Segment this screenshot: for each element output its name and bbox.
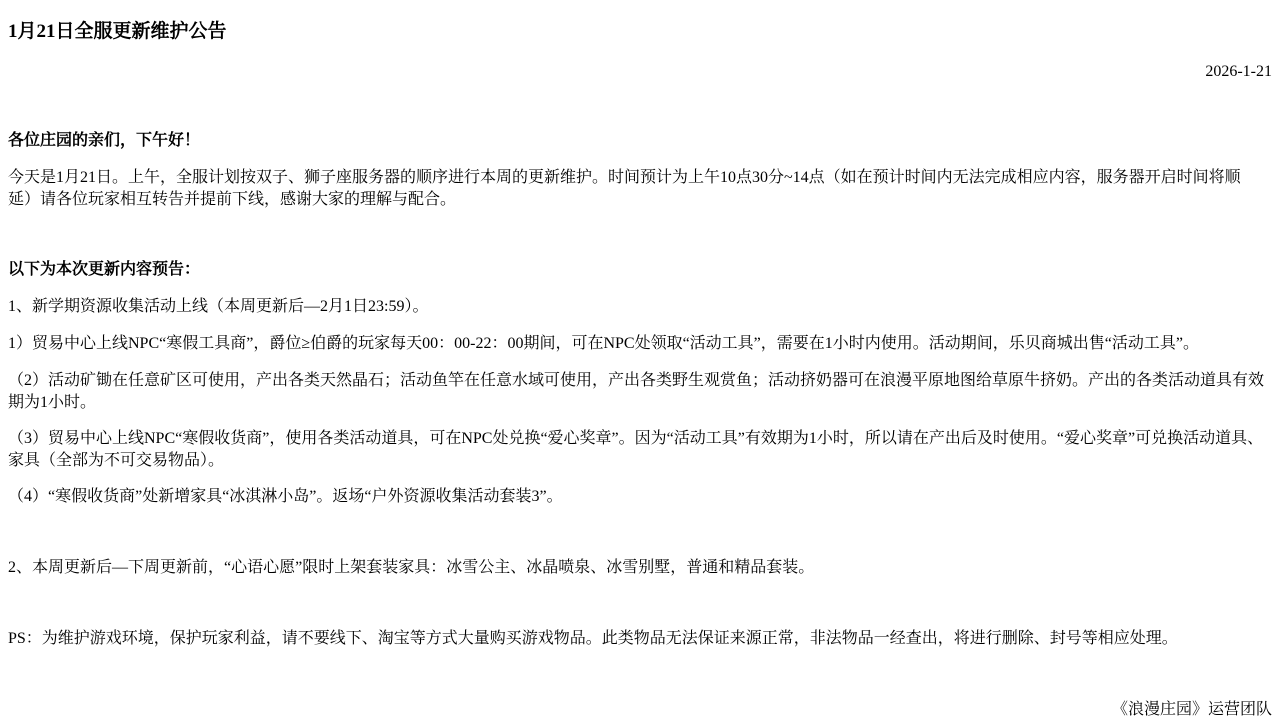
update-subitem-1: 1）贸易中心上线NPC“寒假工具商”，爵位≥伯爵的玩家每天00：00-22：00…: [8, 333, 1199, 355]
announcement-page: 1月21日全服更新维护公告 2026-1-21 各位庄园的亲们，下午好！ 今天是…: [0, 0, 1280, 44]
announcement-date: 2026-1-21: [1205, 61, 1272, 83]
update-subitem-4: （4）“寒假收货商”处新增家具“冰淇淋小岛”。返场“户外资源收集活动套装3”。: [8, 486, 563, 508]
update-subitem-3: （3）贸易中心上线NPC“寒假收货商”，使用各类活动道具，可在NPC处兑换“爱心…: [8, 428, 1272, 471]
update-subitem-2: （2）活动矿锄在任意矿区可使用，产出各类天然晶石；活动鱼竿在任意水域可使用，产出…: [8, 370, 1272, 413]
ps-notice: PS：为维护游戏环境，保护玩家利益，请不要线下、淘宝等方式大量购买游戏物品。此类…: [8, 628, 1178, 650]
update-item-1: 1、新学期资源收集活动上线（本周更新后—2月1日23:59）。: [8, 296, 428, 318]
intro-paragraph: 今天是1月21日。上午，全服计划按双子、狮子座服务器的顺序进行本周的更新维护。时…: [8, 167, 1256, 210]
update-item-2: 2、本周更新后—下周更新前，“心语心愿”限时上架套装家具：冰雪公主、冰晶喷泉、冰…: [8, 557, 814, 579]
signature: 《浪漫庄园》运营团队: [1112, 699, 1272, 720]
section-heading: 以下为本次更新内容预告：: [8, 259, 200, 281]
announcement-title: 1月21日全服更新维护公告: [8, 0, 1272, 44]
greeting: 各位庄园的亲们，下午好！: [8, 130, 200, 152]
